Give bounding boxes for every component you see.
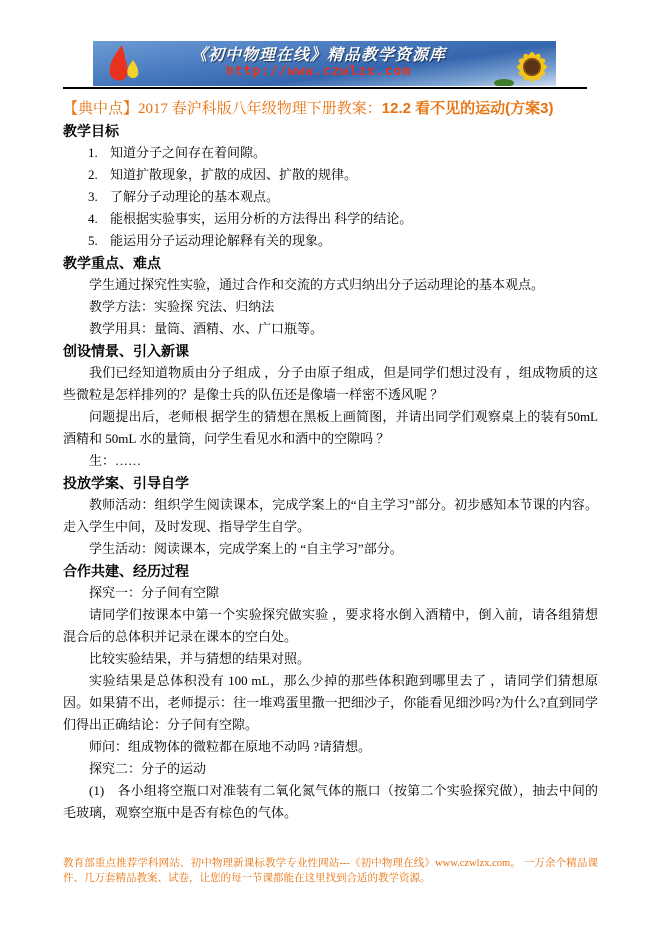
section-key-points: 教学重点、难点 学生通过探究性实验，通过合作和交流的方式归纳出分子运动理论的基本… <box>63 252 598 340</box>
paragraph: 请同学们按课本中第一个实验探究做实验 ，要求将水倒入酒精中，倒入前，请各组猜想混… <box>63 604 598 648</box>
site-banner: 《初中物理在线》精品教学资源库 http://www.czwlzx.com <box>93 41 556 86</box>
banner-site-title: 《初中物理在线》精品教学资源库 <box>151 48 486 65</box>
section-heading: 教学目标 <box>63 120 598 142</box>
list-number: 3. <box>88 186 110 208</box>
list-item: 3. 了解分子动理论的基本观点。 <box>63 186 598 208</box>
section-heading: 投放学案、引导自学 <box>63 472 598 494</box>
section-heading: 合作共建、经历过程 <box>63 560 598 582</box>
section-heading: 创设情景、引入新课 <box>63 340 598 362</box>
sunflower-image <box>492 41 556 86</box>
section-self-study: 投放学案、引导自学 教师活动：组织学生阅读课本，完成学案上的“自主学习”部分。初… <box>63 472 598 560</box>
list-item-text: 能运用分子运动理论解释有关的现象。 <box>110 230 598 252</box>
list-item: 2. 知道扩散现象，扩散的成因、扩散的规律。 <box>63 164 598 186</box>
list-number: 1. <box>88 142 110 164</box>
footer-note: 教育部重点推荐学科网站、初中物理新课标教学专业性网站---《初中物理在线》www… <box>63 856 598 886</box>
section-heading: 教学重点、难点 <box>63 252 598 274</box>
section-cooperative-process: 合作共建、经历过程 探究一：分子间有空隙 请同学们按课本中第一个实验探究做实验 … <box>63 560 598 824</box>
paragraph: 教学方法：实验探 究法、归纳法 <box>63 296 598 318</box>
list-item: 5. 能运用分子运动理论解释有关的现象。 <box>63 230 598 252</box>
banner-text-block: 《初中物理在线》精品教学资源库 http://www.czwlzx.com <box>151 48 486 78</box>
paragraph: 实验结果是总体积没有 100 mL，那么少掉的那些体积跑到哪里去了 ，请同学们猜… <box>63 670 598 736</box>
document-title-prefix: 【典中点】2017 春沪科版八年级物理下册教案： <box>63 101 382 117</box>
paragraph: 探究一：分子间有空隙 <box>63 582 598 604</box>
header-divider <box>63 87 587 89</box>
list-item: 4. 能根据实验事实，运用分析的方法得出 科学的结论。 <box>63 208 598 230</box>
paragraph: 我们已经知道物质由分子组成 ，分子由原子组成，但是同学们想过没有 ，组成物质的这… <box>63 362 598 406</box>
list-item-text: 知道分子之间存在着间隙。 <box>110 142 598 164</box>
paragraph: 比较实验结果，并与猜想的结果对照。 <box>63 648 598 670</box>
sunflower-icon <box>486 41 556 86</box>
paragraph: 学生通过探究性实验，通过合作和交流的方式归纳出分子运动理论的基本观点。 <box>63 274 598 296</box>
document-title: 【典中点】2017 春沪科版八年级物理下册教案：12.2 看不见的运动(方案3) <box>63 98 598 120</box>
section-teaching-goals: 教学目标 1. 知道分子之间存在着间隙。 2. 知道扩散现象，扩散的成因、扩散的… <box>63 120 598 252</box>
list-item-text: 知道扩散现象，扩散的成因、扩散的规律。 <box>110 164 598 186</box>
banner-site-url[interactable]: http://www.czwlzx.com <box>151 65 486 79</box>
list-item-text: 能根据实验事实，运用分析的方法得出 科学的结论。 <box>110 208 598 230</box>
paragraph: 探究二：分子的运动 <box>63 758 598 780</box>
document-title-emphasis: 12.2 看不见的运动(方案3) <box>382 100 554 117</box>
list-item: 1. 知道分子之间存在着间隙。 <box>63 142 598 164</box>
list-item-text: 了解分子动理论的基本观点。 <box>110 186 598 208</box>
paragraph: 生：…… <box>63 450 598 472</box>
site-logo-icon <box>93 44 151 84</box>
section-lesson-intro: 创设情景、引入新课 我们已经知道物质由分子组成 ，分子由原子组成，但是同学们想过… <box>63 340 598 472</box>
paragraph: 教学用具：量筒、酒精、水、广口瓶等。 <box>63 318 598 340</box>
paragraph: 学生活动：阅读课本，完成学案上的 “自主学习”部分。 <box>63 538 598 560</box>
paragraph: 教师活动：组织学生阅读课本，完成学案上的“自主学习”部分。初步感知本节课的内容。… <box>63 494 598 538</box>
list-number: 2. <box>88 164 110 186</box>
document-page: 《初中物理在线》精品教学资源库 http://www.czwlzx.com <box>63 0 598 936</box>
paragraph: 问题提出后，老师根 据学生的猜想在黑板上画简图，并请出同学们观察桌上的装有50m… <box>63 406 598 450</box>
paragraph: (1) 各小组将空瓶口对准装有二氧化氮气体的瓶口（按第二个实验探究做），抽去中间… <box>63 780 598 824</box>
list-number: 4. <box>88 208 110 230</box>
list-number: 5. <box>88 230 110 252</box>
paragraph: 师问：组成物体的微粒都在原地不动吗 ?请猜想。 <box>63 736 598 758</box>
flame-logo-icon <box>101 44 143 84</box>
